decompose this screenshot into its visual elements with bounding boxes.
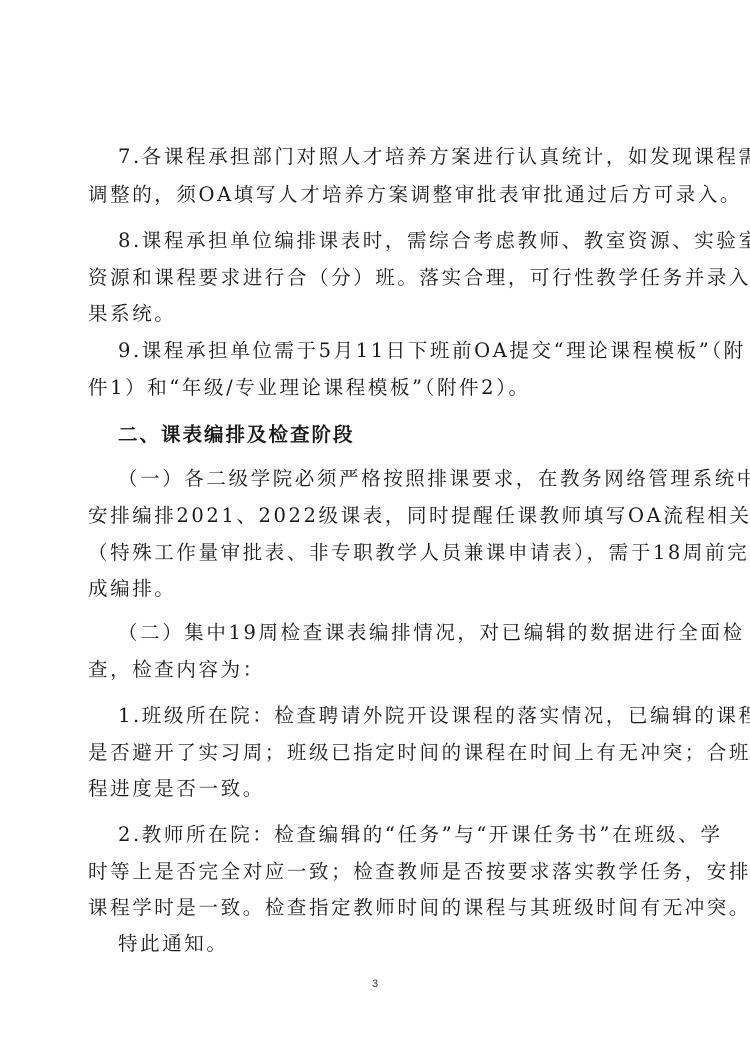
paragraph-item-9-line-1: 9.课程承担单位需于5月11日下班前OA提交“理论课程模板”（附 — [118, 336, 663, 366]
paragraph-item-8-line-3: 果系统。 — [88, 299, 663, 329]
page-number: 3 — [360, 978, 390, 990]
paragraph-sub-1-line-4: 成编排。 — [88, 574, 663, 604]
paragraph-sub-2-line-1: （二）集中19周检查课表编排情况，对已编辑的数据进行全面检 — [118, 618, 663, 648]
paragraph-check-1-line-2: 是否避开了实习周；班级已指定时间的课程在时间上有无冲突；合班课 — [88, 738, 663, 768]
document-page: 7.各课程承担部门对照人才培养方案进行认真统计，如发现课程需 调整的，须OA填写… — [0, 0, 750, 1061]
closing-line: 特此通知。 — [118, 929, 663, 959]
paragraph-item-7-line-2: 调整的，须OA填写人才培养方案调整审批表审批通过后方可录入。 — [88, 180, 663, 210]
paragraph-sub-1-line-1: （一）各二级学院必须严格按照排课要求，在教务网络管理系统中 — [118, 464, 663, 494]
paragraph-item-8-line-2: 资源和课程要求进行合（分）班。落实合理，可行性教学任务并录入青 — [88, 263, 663, 293]
paragraph-sub-1-line-2: 安排编排2021、2022级课表，同时提醒任课教师填写OA流程相关表格 — [88, 501, 663, 531]
paragraph-check-2-line-3: 课程学时是一致。检查指定教师时间的课程与其班级时间有无冲突。 — [88, 893, 663, 923]
paragraph-item-7-line-1: 7.各课程承担部门对照人才培养方案进行认真统计，如发现课程需 — [118, 142, 663, 172]
paragraph-item-9-line-2: 件1）和“年级/专业理论课程模板”（附件2）。 — [88, 373, 663, 403]
section-heading: 二、课表编排及检查阶段 — [118, 420, 663, 450]
paragraph-check-2-line-1: 2.教师所在院：检查编辑的“任务”与“开课任务书”在班级、学 — [118, 820, 663, 850]
paragraph-check-2-line-2: 时等上是否完全对应一致；检查教师是否按要求落实教学任务，安排的 — [88, 857, 663, 887]
paragraph-check-1-line-1: 1.班级所在院：检查聘请外院开设课程的落实情况，已编辑的课程 — [118, 701, 663, 731]
paragraph-item-8-line-1: 8.课程承担单位编排课表时，需综合考虑教师、教室资源、实验室 — [118, 226, 663, 256]
paragraph-sub-2-line-2: 查，检查内容为： — [88, 655, 663, 685]
paragraph-sub-1-line-3: （特殊工作量审批表、非专职教学人员兼课申请表），需于18周前完 — [88, 538, 663, 568]
paragraph-check-1-line-3: 程进度是否一致。 — [88, 774, 663, 804]
